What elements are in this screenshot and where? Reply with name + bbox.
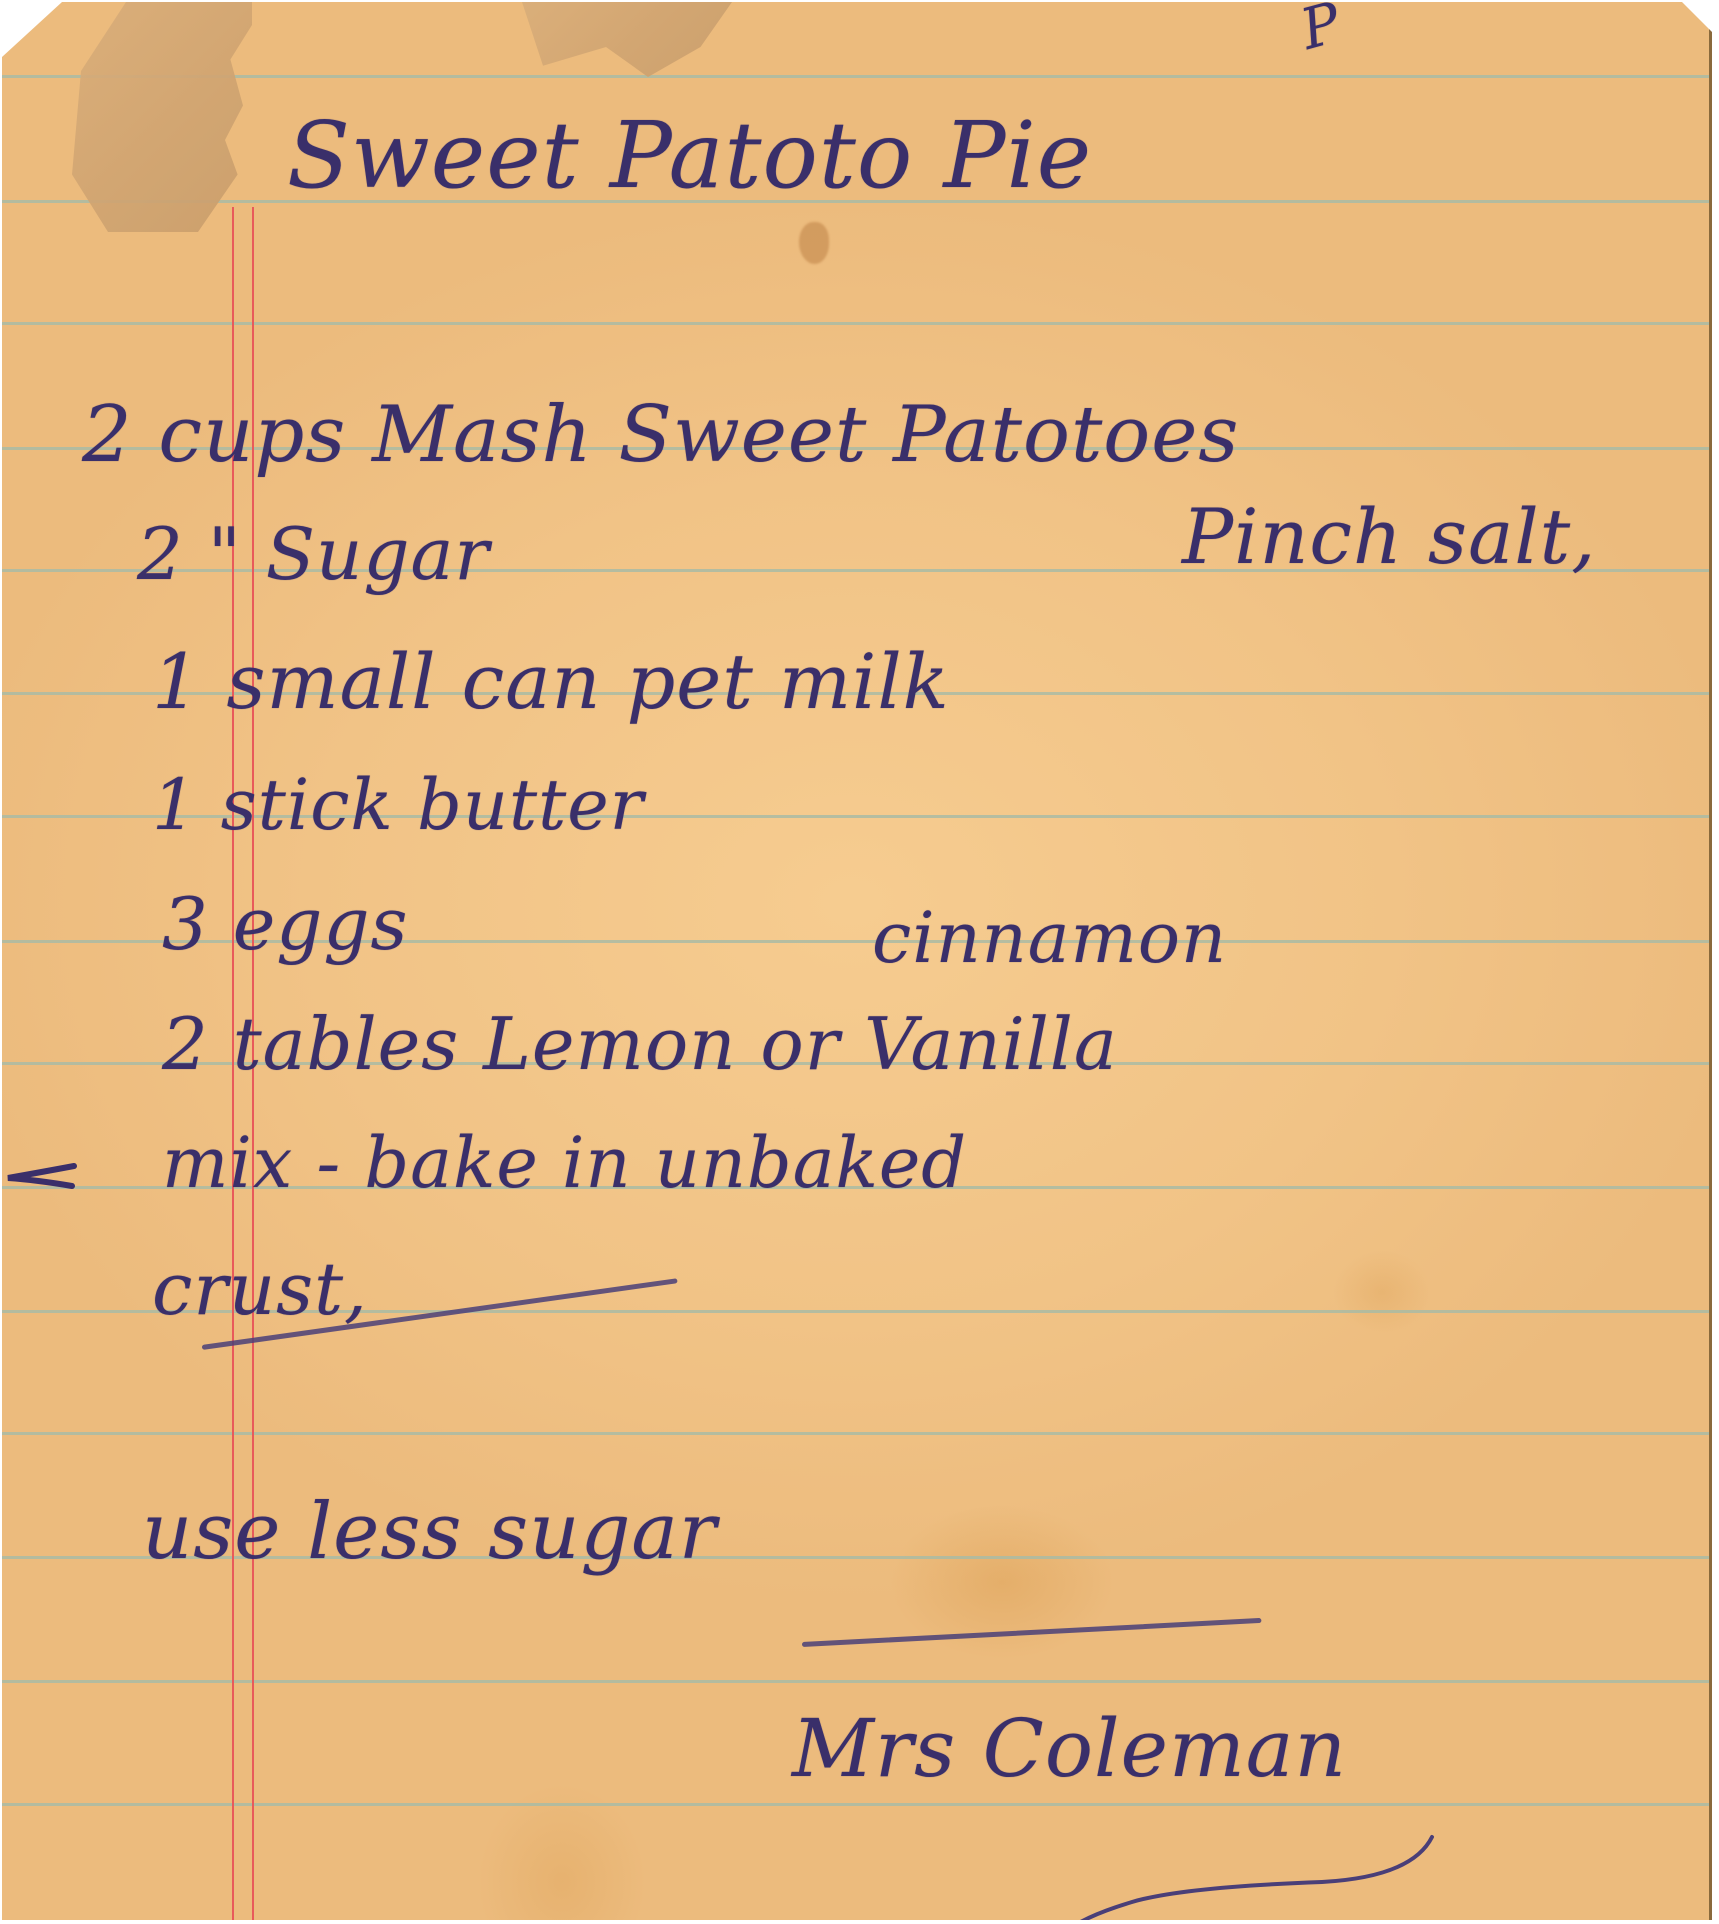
recipe-paper: P Sweet Patoto Pie 2 cups Mash Sweet Pat… (2, 2, 1712, 1920)
tape-scrap (522, 2, 732, 77)
signature-flourish (1022, 1832, 1442, 1924)
underline-stroke (802, 1618, 1262, 1647)
ingredient-line: 2 cups Mash Sweet Patotoes (82, 390, 1239, 480)
ingredient-aside: cinnamon (872, 897, 1227, 979)
ruled-line (2, 75, 1709, 78)
ingredient-line: 1 stick butter (152, 764, 644, 846)
recipe-note: use less sugar (142, 1487, 717, 1577)
signature: Mrs Coleman (792, 1702, 1347, 1795)
page-mark: P (1294, 0, 1348, 63)
ingredient-aside: Pinch salt, (1182, 492, 1596, 581)
ingredient-line: 2 " Sugar (137, 512, 490, 596)
ingredient-line: 2 tables Lemon or Vanilla (162, 1002, 1118, 1086)
ingredient-line: 1 small can pet milk (152, 637, 950, 726)
instruction-line: mix - bake in unbaked (162, 1122, 967, 1204)
instruction-line: crust, (152, 1247, 368, 1331)
arrow-left-icon (2, 1160, 77, 1190)
tape-scrap (72, 2, 252, 232)
recipe-title: Sweet Patoto Pie (287, 102, 1092, 209)
ruled-line (2, 1680, 1709, 1683)
ruled-line (2, 322, 1709, 325)
stain (799, 222, 829, 264)
ingredient-line: 3 eggs (162, 882, 408, 966)
ruled-line (2, 1432, 1709, 1435)
ruled-line (2, 1803, 1709, 1806)
